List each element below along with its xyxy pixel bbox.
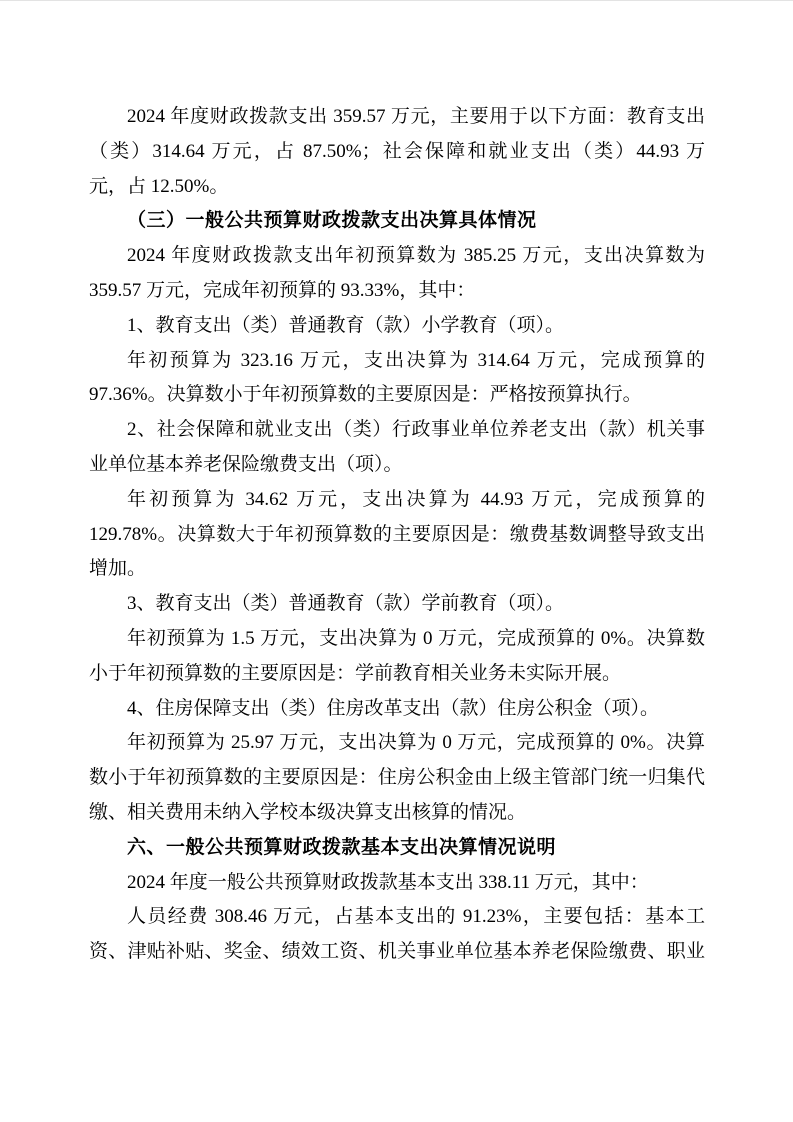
section-heading: （三）一般公共预算财政拨款支出决算具体情况 [89, 204, 705, 239]
paragraph: 年初预算为 1.5 万元，支出决算为 0 万元，完成预算的 0%。决算数小于年初… [89, 622, 705, 692]
text-line: 元，占 12.50%。 [89, 170, 705, 205]
text-line: 1、教育支出（类）普通教育（款）小学教育（项）。 [89, 309, 705, 344]
text-line: 359.57 万元，完成年初预算的 93.33%，其中： [89, 274, 705, 309]
text-line: 2024 年度一般公共预算财政拨款基本支出 338.11 万元，其中： [89, 866, 705, 901]
paragraph: 2024 年度一般公共预算财政拨款基本支出 338.11 万元，其中： [89, 866, 705, 901]
text-line: 小于年初预算数的主要原因是：学前教育相关业务未实际开展。 [89, 657, 705, 692]
paragraph: 年初预算为 25.97 万元，支出决算为 0 万元，完成预算的 0%。决算数小于… [89, 726, 705, 830]
text-line: 缴、相关费用未纳入学校本级决算支出核算的情况。 [89, 796, 705, 831]
text-line: 97.36%。决算数小于年初预算数的主要原因是：严格按预算执行。 [89, 378, 705, 413]
text-line: 年初预算为 323.16 万元，支出决算为 314.64 万元，完成预算的 [89, 344, 705, 379]
paragraph: 4、住房保障支出（类）住房改革支出（款）住房公积金（项）。 [89, 692, 705, 727]
text-line: 年初预算为 1.5 万元，支出决算为 0 万元，完成预算的 0%。决算数 [89, 622, 705, 657]
text-line: 增加。 [89, 552, 705, 587]
text-line: 2、社会保障和就业支出（类）行政事业单位养老支出（款）机关事 [89, 413, 705, 448]
text-line: 129.78%。决算数大于年初预算数的主要原因是：缴费基数调整导致支出 [89, 518, 705, 553]
text-line: 3、教育支出（类）普通教育（款）学前教育（项）。 [89, 587, 705, 622]
paragraph: 2024 年度财政拨款支出年初预算数为 385.25 万元，支出决算数为359.… [89, 239, 705, 309]
paragraph: 人员经费 308.46 万元，占基本支出的 91.23%，主要包括：基本工资、津… [89, 900, 705, 970]
text-line: 2024 年度财政拨款支出年初预算数为 385.25 万元，支出决算数为 [89, 239, 705, 274]
text-line: 业单位基本养老保险缴费支出（项）。 [89, 448, 705, 483]
text-line: 资、津贴补贴、奖金、绩效工资、机关事业单位基本养老保险缴费、职业 [89, 935, 705, 970]
text-line: 年初预算为 34.62 万元，支出决算为 44.93 万元，完成预算的 [89, 483, 705, 518]
paragraph: 年初预算为 323.16 万元，支出决算为 314.64 万元，完成预算的97.… [89, 344, 705, 414]
document-body: 2024 年度财政拨款支出 359.57 万元，主要用于以下方面：教育支出（类）… [89, 100, 705, 970]
text-line: 数小于年初预算数的主要原因是：住房公积金由上级主管部门统一归集代 [89, 761, 705, 796]
text-line: 人员经费 308.46 万元，占基本支出的 91.23%，主要包括：基本工 [89, 900, 705, 935]
paragraph: 2024 年度财政拨款支出 359.57 万元，主要用于以下方面：教育支出（类）… [89, 100, 705, 204]
text-line: 2024 年度财政拨款支出 359.57 万元，主要用于以下方面：教育支出 [89, 100, 705, 135]
document-page: 2024 年度财政拨款支出 359.57 万元，主要用于以下方面：教育支出（类）… [0, 0, 793, 1122]
paragraph: 2、社会保障和就业支出（类）行政事业单位养老支出（款）机关事业单位基本养老保险缴… [89, 413, 705, 483]
page-edge-divider [0, 0, 793, 1]
text-line: 4、住房保障支出（类）住房改革支出（款）住房公积金（项）。 [89, 692, 705, 727]
paragraph: 3、教育支出（类）普通教育（款）学前教育（项）。 [89, 587, 705, 622]
heading-text: （三）一般公共预算财政拨款支出决算具体情况 [89, 204, 705, 239]
paragraph: 年初预算为 34.62 万元，支出决算为 44.93 万元，完成预算的129.7… [89, 483, 705, 587]
section-heading: 六、一般公共预算财政拨款基本支出决算情况说明 [89, 831, 705, 866]
paragraph: 1、教育支出（类）普通教育（款）小学教育（项）。 [89, 309, 705, 344]
text-line: 年初预算为 25.97 万元，支出决算为 0 万元，完成预算的 0%。决算 [89, 726, 705, 761]
heading-text: 六、一般公共预算财政拨款基本支出决算情况说明 [89, 831, 705, 866]
text-line: （类）314.64 万元，占 87.50%；社会保障和就业支出（类）44.93 … [89, 135, 705, 170]
